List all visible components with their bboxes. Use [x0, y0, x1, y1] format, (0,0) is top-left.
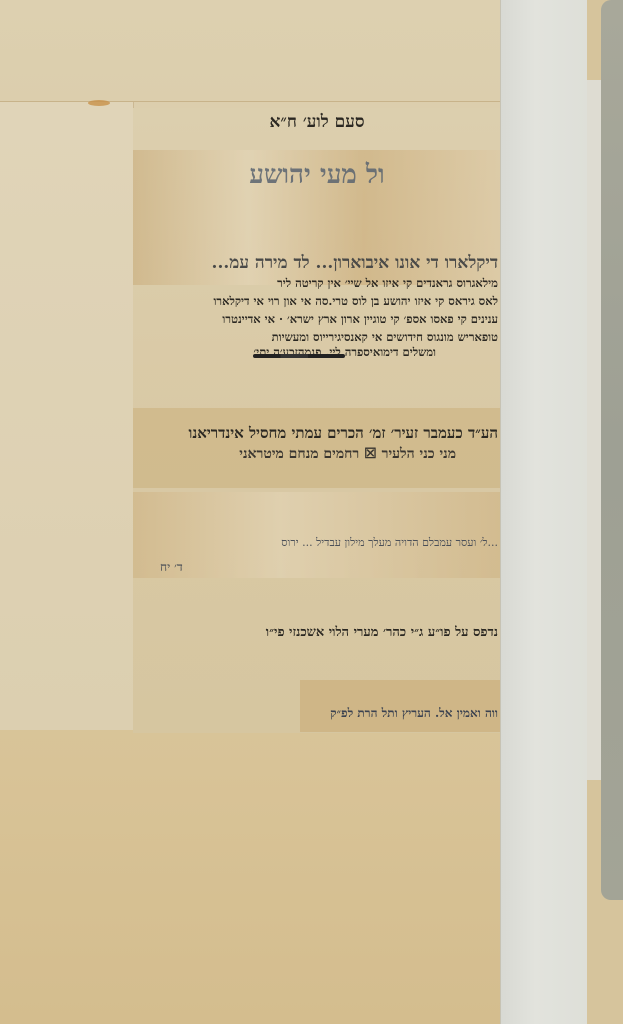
faint-line: ד׳ יח: [160, 560, 183, 575]
white-paper-strip: [500, 0, 588, 1024]
body-line: דיקלארו די אונו איבוארון... לד מירה עמ..…: [136, 254, 498, 272]
body-line: ענינים קי פאסו אספ׳ קי טוגיין ארון ארץ י…: [136, 310, 498, 328]
body-line: מילאגרוס גראנדים קי איזו אל שיי׳ אין קרי…: [136, 274, 498, 292]
tape-patch: [133, 492, 501, 578]
title-text: ול מעי יהושע: [133, 160, 501, 190]
author-name-line: מני כני הלעיר ☒ רחמים מנחם מיטראני: [136, 446, 456, 463]
body-line: ומשלים דימואיספרה ליי. פגמהזכע׳ה יתי׳: [136, 343, 436, 361]
rust-stain: [88, 100, 110, 106]
printer-line: נדפס על פו״ע ג״י כהר׳ מערי הלוי אשכנזי פ…: [136, 624, 498, 640]
grey-stain: [601, 0, 623, 900]
left-paper-panel: [0, 102, 134, 730]
ornament-divider: [253, 354, 345, 358]
author-line: הע״ד כעמבר זעיר׳ זמ׳ הכרים עמתי מחסיל אי…: [136, 424, 498, 443]
header-text: סעם לוע׳ ח״א: [133, 112, 501, 132]
body-line: לאס גיראס קי איזו יהושע בן לוס טרי.סה אי…: [136, 292, 498, 310]
faint-line: ...ל׳ ועסר עמבלם הדויה מעלך מילון עבדיל …: [136, 536, 498, 549]
right-edge-strip: [587, 0, 623, 1024]
date-line: ווה ואמין אל. העריץ ותל הרת לפ״ק: [136, 706, 498, 721]
